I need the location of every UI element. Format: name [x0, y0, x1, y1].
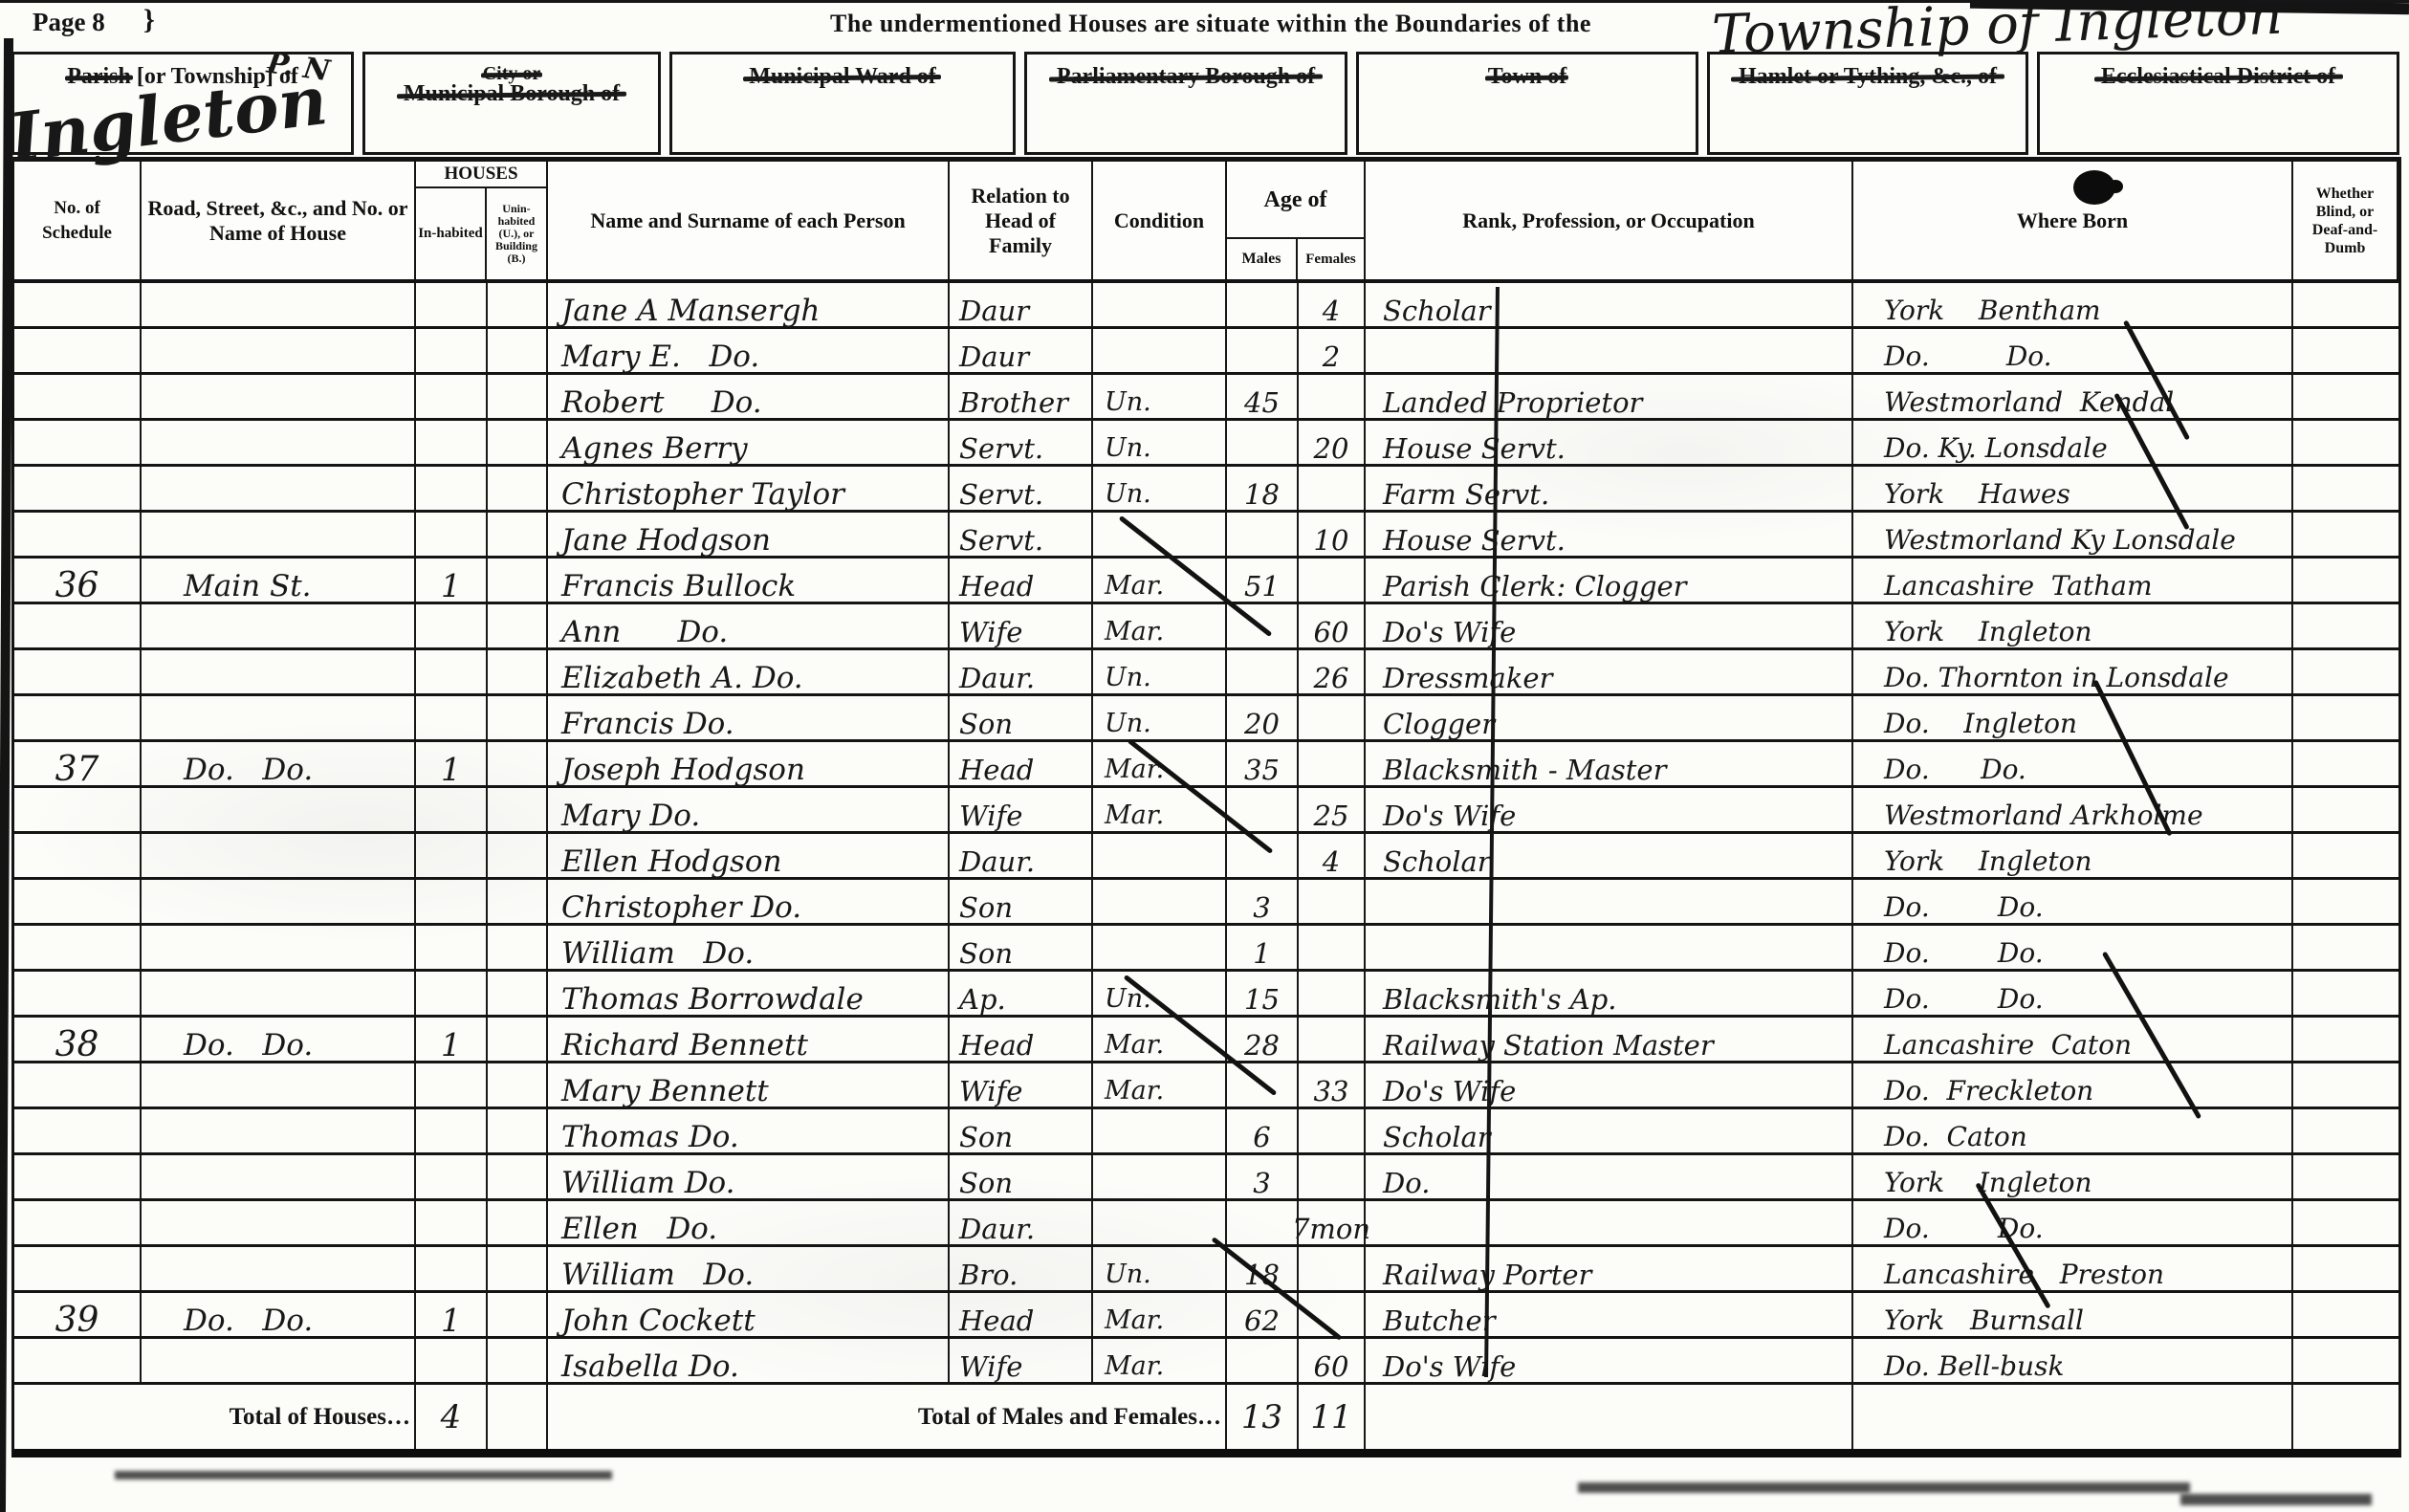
cell-person-name: Christopher Taylor: [548, 467, 950, 510]
cell-inhabited: [416, 329, 488, 372]
cell-occupation: Railway Porter: [1366, 1247, 1853, 1290]
cell-infirmity: [2293, 1155, 2404, 1198]
cell-where-born: Do. Do.: [1853, 742, 2293, 785]
cell-road-street: Do. Do.: [142, 742, 416, 785]
cell-occupation: Do's Wife: [1366, 1339, 1853, 1382]
cell-uninhabited: [488, 1339, 548, 1382]
cell-relation: Son: [950, 696, 1093, 739]
cell-where-born: Westmorland Ky Lonsdale: [1853, 513, 2293, 556]
cell-inhabited: [416, 513, 488, 556]
cell-road-street: [142, 1155, 416, 1198]
cell-condition: Un.: [1093, 421, 1227, 464]
cell-condition: Mar.: [1093, 1293, 1227, 1336]
header-schedule: No. of Schedule: [14, 162, 142, 279]
cell-schedule-number: [14, 513, 142, 556]
cell-inhabited: 1: [416, 1293, 488, 1336]
cell-age-male: [1227, 788, 1299, 831]
cell-relation: Head: [950, 742, 1093, 785]
cell-inhabited: [416, 650, 488, 693]
cell-schedule-number: [14, 604, 142, 647]
cell-infirmity: [2293, 604, 2404, 647]
cell-condition: Mar.: [1093, 604, 1227, 647]
cell-infirmity: [2293, 742, 2404, 785]
cell-infirmity: [2293, 1201, 2404, 1244]
cell-occupation: Do's Wife: [1366, 604, 1853, 647]
cell-infirmity: [2293, 1247, 2404, 1290]
cell-occupation: Do.: [1366, 1155, 1853, 1198]
cell-road-street: Main St.: [142, 559, 416, 602]
cell-age-female: [1299, 972, 1366, 1015]
cell-where-born: York Bentham: [1853, 283, 2293, 326]
cell-inhabited: [416, 467, 488, 510]
cell-inhabited: [416, 283, 488, 326]
cell-age-male: 3: [1227, 1155, 1299, 1198]
cell-uninhabited: [488, 1155, 548, 1198]
cell-occupation: [1366, 329, 1853, 372]
municipal-borough-label-struck: Municipal Borough of: [404, 81, 620, 107]
table-row: Ann Do. Wife Mar. 60 Do's Wife York Ingl…: [14, 604, 2398, 650]
cell-age-male: 62: [1227, 1293, 1299, 1336]
cell-condition: [1093, 926, 1227, 969]
cell-relation: Daur: [950, 283, 1093, 326]
cell-infirmity: [2293, 375, 2404, 418]
totals-spacer-4: [2293, 1385, 2404, 1449]
cell-where-born: York Ingleton: [1853, 604, 2293, 647]
cell-inhabited: [416, 604, 488, 647]
cell-where-born: Do. Bell-busk: [1853, 1339, 2293, 1382]
cell-uninhabited: [488, 696, 548, 739]
cell-condition: Un.: [1093, 650, 1227, 693]
cell-infirmity: [2293, 650, 2404, 693]
cell-condition: Mar.: [1093, 788, 1227, 831]
cell-uninhabited: [488, 880, 548, 923]
cell-relation: Wife: [950, 788, 1093, 831]
cell-person-name: Isabella Do.: [548, 1339, 950, 1382]
cell-schedule-number: [14, 834, 142, 877]
cell-person-name: Thomas Borrowdale: [548, 972, 950, 1015]
cell-road-street: [142, 926, 416, 969]
cell-road-street: [142, 329, 416, 372]
cell-age-male: 35: [1227, 742, 1299, 785]
cell-inhabited: [416, 1247, 488, 1290]
cell-relation: Daur.: [950, 1201, 1093, 1244]
cell-age-male: [1227, 283, 1299, 326]
cell-person-name: Ann Do.: [548, 604, 950, 647]
cell-inhabited: [416, 880, 488, 923]
census-sheet: Page 8 } The undermentioned Houses are s…: [0, 0, 2409, 1512]
cell-infirmity: [2293, 467, 2404, 510]
cell-schedule-number: [14, 788, 142, 831]
cell-person-name: Francis Do.: [548, 696, 950, 739]
parliamentary-borough-label-struck: Parliamentary Borough of: [1057, 64, 1315, 90]
cell-relation: Son: [950, 880, 1093, 923]
cell-road-street: [142, 604, 416, 647]
table-row: Christopher Taylor Servt. Un. 18 Farm Se…: [14, 467, 2398, 513]
cell-uninhabited: [488, 650, 548, 693]
cell-age-female: 60: [1299, 604, 1366, 647]
cell-inhabited: [416, 375, 488, 418]
cell-uninhabited: [488, 1063, 548, 1107]
cell-road-street: [142, 880, 416, 923]
header-houses: HOUSES: [416, 162, 546, 188]
table-row: Thomas Do. Son 6 Scholar Do. Caton: [14, 1109, 2398, 1155]
page-brace: }: [143, 4, 155, 36]
cell-uninhabited: [488, 834, 548, 877]
hamlet-label-struck: Hamlet or Tything, &c., of: [1739, 64, 1997, 90]
table-row: Francis Do. Son Un. 20 Clogger Do. Ingle…: [14, 696, 2398, 742]
scan-smudge: [2180, 1494, 2372, 1505]
cell-age-female: [1299, 1155, 1366, 1198]
cell-infirmity: [2293, 696, 2404, 739]
total-houses-value: 4: [416, 1385, 488, 1449]
header-houses-group: HOUSES In-habited Unin-habited (U.), or …: [416, 162, 548, 279]
cell-uninhabited: [488, 421, 548, 464]
cell-relation: Ap.: [950, 972, 1093, 1015]
table-header: No. of Schedule Road, Street, &c., and N…: [11, 157, 2401, 283]
cell-schedule-number: [14, 1247, 142, 1290]
cell-person-name: Richard Bennett: [548, 1018, 950, 1061]
cell-where-born: York Hawes: [1853, 467, 2293, 510]
cell-relation: Brother: [950, 375, 1093, 418]
cell-uninhabited: [488, 604, 548, 647]
cell-age-female: [1299, 926, 1366, 969]
cell-condition: Mar.: [1093, 742, 1227, 785]
cell-condition: Un.: [1093, 375, 1227, 418]
header-inhabited: In-habited: [416, 188, 487, 279]
cell-where-born: Do. Do.: [1853, 329, 2293, 372]
cell-relation: Daur: [950, 329, 1093, 372]
district-boxes: Parish [or Township] of Ingleton P. N Ci…: [11, 52, 2399, 155]
cell-age-female: 7mon: [1299, 1201, 1366, 1244]
ecclesiastical-label-struck: Ecclesiastical District of: [2101, 64, 2335, 90]
cell-occupation: Railway Station Master: [1366, 1018, 1853, 1061]
table-row: William Do. Son 1 Do. Do.: [14, 926, 2398, 972]
parish-box: Parish [or Township] of Ingleton P. N: [11, 52, 354, 155]
cell-where-born: York Burnsall: [1853, 1293, 2293, 1336]
cell-condition: [1093, 880, 1227, 923]
totals-spacer-2: [1366, 1385, 1853, 1449]
cell-uninhabited: [488, 375, 548, 418]
cell-schedule-number: [14, 1063, 142, 1107]
cell-infirmity: [2293, 1018, 2404, 1061]
header-condition: Condition: [1093, 162, 1227, 279]
cell-relation: Wife: [950, 1339, 1093, 1382]
cell-occupation: Dressmaker: [1366, 650, 1853, 693]
table-row: Christopher Do. Son 3 Do. Do.: [14, 880, 2398, 926]
cell-relation: Bro.: [950, 1247, 1093, 1290]
cell-where-born: Do. Caton: [1853, 1109, 2293, 1152]
cell-infirmity: [2293, 513, 2404, 556]
cell-age-female: 10: [1299, 513, 1366, 556]
cell-age-female: [1299, 1018, 1366, 1061]
cell-condition: [1093, 834, 1227, 877]
header-males: Males: [1227, 239, 1298, 279]
cell-schedule-number: [14, 329, 142, 372]
cell-road-street: [142, 283, 416, 326]
table-row: Ellen Do. Daur. 7mon Do. Do.: [14, 1201, 2398, 1247]
cell-uninhabited: [488, 1247, 548, 1290]
cell-occupation: [1366, 926, 1853, 969]
cell-condition: [1093, 1109, 1227, 1152]
cell-condition: Mar.: [1093, 1063, 1227, 1107]
header-relation: Relation to Head of Family: [950, 162, 1093, 279]
cell-age-male: [1227, 513, 1299, 556]
cell-infirmity: [2293, 788, 2404, 831]
cell-occupation: Blacksmith - Master: [1366, 742, 1853, 785]
table-row: Thomas Borrowdale Ap. Un. 15 Blacksmith'…: [14, 972, 2398, 1018]
cell-age-female: 26: [1299, 650, 1366, 693]
cell-occupation: Scholar: [1366, 283, 1853, 326]
town-box: Town of: [1356, 52, 1698, 155]
ecclesiastical-district-box: Ecclesiastical District of: [2037, 52, 2399, 155]
cell-road-street: Do. Do.: [142, 1018, 416, 1061]
cell-schedule-number: 38: [14, 1018, 142, 1061]
cell-road-street: [142, 788, 416, 831]
cell-occupation: Do's Wife: [1366, 1063, 1853, 1107]
cell-age-female: [1299, 375, 1366, 418]
cell-inhabited: [416, 1201, 488, 1244]
cell-infirmity: [2293, 926, 2404, 969]
cell-infirmity: [2293, 329, 2404, 372]
cell-age-male: [1227, 329, 1299, 372]
cell-inhabited: [416, 1109, 488, 1152]
cell-road-street: [142, 650, 416, 693]
table-row: Isabella Do. Wife Mar. 60 Do's Wife Do. …: [14, 1339, 2398, 1385]
cell-condition: Mar.: [1093, 1339, 1227, 1382]
cell-occupation: Scholar: [1366, 834, 1853, 877]
cell-age-male: 15: [1227, 972, 1299, 1015]
header-age: Age of: [1227, 162, 1364, 237]
cell-age-female: [1299, 1293, 1366, 1336]
cell-person-name: John Cockett: [548, 1293, 950, 1336]
cell-uninhabited: [488, 1109, 548, 1152]
table-row: 37 Do. Do. 1 Joseph Hodgson Head Mar. 35…: [14, 742, 2398, 788]
city-or-label-struck: City or: [483, 64, 541, 83]
cell-person-name: Mary E. Do.: [548, 329, 950, 372]
cell-person-name: Ellen Hodgson: [548, 834, 950, 877]
cell-inhabited: 1: [416, 1018, 488, 1061]
total-females-value: 11: [1299, 1385, 1366, 1449]
cell-road-street: [142, 513, 416, 556]
table-row: Ellen Hodgson Daur. 4 Scholar York Ingle…: [14, 834, 2398, 880]
cell-relation: Head: [950, 559, 1093, 602]
top-strip: Page 8 } The undermentioned Houses are s…: [0, 0, 2409, 50]
cell-occupation: Blacksmith's Ap.: [1366, 972, 1853, 1015]
cell-road-street: [142, 1339, 416, 1382]
cell-schedule-number: [14, 1339, 142, 1382]
cell-road-street: [142, 421, 416, 464]
cell-road-street: [142, 1063, 416, 1107]
cell-uninhabited: [488, 329, 548, 372]
cell-age-female: 60: [1299, 1339, 1366, 1382]
cell-uninhabited: [488, 1293, 548, 1336]
cell-age-male: [1227, 650, 1299, 693]
cell-condition: Mar.: [1093, 559, 1227, 602]
cell-schedule-number: 39: [14, 1293, 142, 1336]
cell-where-born: Do. Do.: [1853, 972, 2293, 1015]
cell-occupation: Scholar: [1366, 1109, 1853, 1152]
cell-person-name: Mary Do.: [548, 788, 950, 831]
table-row: 36 Main St. 1 Francis Bullock Head Mar. …: [14, 559, 2398, 604]
cell-age-female: [1299, 880, 1366, 923]
cell-uninhabited: [488, 467, 548, 510]
table-row: Mary Bennett Wife Mar. 33 Do's Wife Do. …: [14, 1063, 2398, 1109]
cell-condition: [1093, 1155, 1227, 1198]
table-row: Jane A Mansergh Daur 4 Scholar York Bent…: [14, 283, 2398, 329]
municipal-ward-label-struck: Municipal Ward of: [749, 64, 936, 90]
cell-schedule-number: [14, 1109, 142, 1152]
table-row: Robert Do. Brother Un. 45 Landed Proprie…: [14, 375, 2398, 421]
scan-smudge: [1578, 1482, 2190, 1493]
cell-road-street: [142, 375, 416, 418]
cell-where-born: Lancashire Tatham: [1853, 559, 2293, 602]
cell-infirmity: [2293, 972, 2404, 1015]
cell-age-male: 18: [1227, 1247, 1299, 1290]
cell-person-name: Christopher Do.: [548, 880, 950, 923]
cell-person-name: William Do.: [548, 1247, 950, 1290]
cell-inhabited: [416, 421, 488, 464]
cell-relation: Head: [950, 1018, 1093, 1061]
scan-smudge: [115, 1471, 612, 1479]
cell-age-female: 4: [1299, 834, 1366, 877]
table-row: Jane Hodgson Servt. 10 House Servt. West…: [14, 513, 2398, 559]
cell-where-born: Do. Ingleton: [1853, 696, 2293, 739]
table-row: Mary E. Do. Daur 2 Do. Do.: [14, 329, 2398, 375]
cell-age-female: [1299, 696, 1366, 739]
cell-uninhabited: [488, 513, 548, 556]
municipal-ward-box: Municipal Ward of: [669, 52, 1016, 155]
cell-condition: [1093, 283, 1227, 326]
cell-age-male: 28: [1227, 1018, 1299, 1061]
cell-person-name: Jane A Mansergh: [548, 283, 950, 326]
cell-age-female: [1299, 559, 1366, 602]
cell-condition: Un.: [1093, 972, 1227, 1015]
cell-schedule-number: [14, 696, 142, 739]
parliamentary-borough-box: Parliamentary Borough of: [1024, 52, 1347, 155]
cell-schedule-number: [14, 972, 142, 1015]
cell-schedule-number: [14, 650, 142, 693]
cell-relation: Daur.: [950, 834, 1093, 877]
cell-road-street: Do. Do.: [142, 1293, 416, 1336]
cell-schedule-number: [14, 375, 142, 418]
cell-occupation: Farm Servt.: [1366, 467, 1853, 510]
cell-infirmity: [2293, 559, 2404, 602]
cell-inhabited: 1: [416, 742, 488, 785]
totals-spacer-1: [488, 1385, 548, 1449]
cell-relation: Daur.: [950, 650, 1093, 693]
cell-inhabited: [416, 972, 488, 1015]
total-males-value: 13: [1227, 1385, 1299, 1449]
cell-schedule-number: 37: [14, 742, 142, 785]
cell-road-street: [142, 696, 416, 739]
cell-relation: Servt.: [950, 513, 1093, 556]
cell-relation: Son: [950, 926, 1093, 969]
cell-relation: Servt.: [950, 421, 1093, 464]
cell-age-male: 6: [1227, 1109, 1299, 1152]
cell-age-female: 25: [1299, 788, 1366, 831]
cell-age-male: 3: [1227, 880, 1299, 923]
cell-where-born: Westmorland Kendal: [1853, 375, 2293, 418]
cell-road-street: [142, 467, 416, 510]
table-row: 38 Do. Do. 1 Richard Bennett Head Mar. 2…: [14, 1018, 2398, 1063]
cell-where-born: Do. Thornton in Lonsdale: [1853, 650, 2293, 693]
cell-relation: Son: [950, 1155, 1093, 1198]
cell-inhabited: [416, 1155, 488, 1198]
table-row: William Do. Son 3 Do. York Ingleton: [14, 1155, 2398, 1201]
cell-condition: Un.: [1093, 467, 1227, 510]
cell-infirmity: [2293, 834, 2404, 877]
cell-age-male: [1227, 1339, 1299, 1382]
cell-age-male: [1227, 421, 1299, 464]
cell-age-male: 45: [1227, 375, 1299, 418]
cell-relation: Wife: [950, 604, 1093, 647]
cell-schedule-number: [14, 1155, 142, 1198]
cell-infirmity: [2293, 1109, 2404, 1152]
totals-spacer-3: [1853, 1385, 2293, 1449]
cell-person-name: Ellen Do.: [548, 1201, 950, 1244]
cell-occupation: House Servt.: [1366, 421, 1853, 464]
cell-road-street: [142, 1247, 416, 1290]
cell-road-street: [142, 1109, 416, 1152]
cell-person-name: Joseph Hodgson: [548, 742, 950, 785]
cell-person-name: Thomas Do.: [548, 1109, 950, 1152]
cell-occupation: Clogger: [1366, 696, 1853, 739]
cell-where-born: Westmorland Arkholme: [1853, 788, 2293, 831]
cell-age-male: [1227, 1201, 1299, 1244]
cell-person-name: Mary Bennett: [548, 1063, 950, 1107]
cell-age-male: 20: [1227, 696, 1299, 739]
totals-row: Total of Houses… 4 Total of Males and Fe…: [11, 1385, 2401, 1457]
cell-age-female: [1299, 1247, 1366, 1290]
cell-uninhabited: [488, 559, 548, 602]
cell-occupation: House Servt.: [1366, 513, 1853, 556]
cell-where-born: Do. Ky. Lonsdale: [1853, 421, 2293, 464]
cell-age-male: [1227, 834, 1299, 877]
sheet-title: The undermentioned Houses are situate wi…: [830, 10, 1591, 38]
cell-age-male: [1227, 604, 1299, 647]
cell-where-born: Do. Do.: [1853, 926, 2293, 969]
cell-inhabited: [416, 834, 488, 877]
cell-person-name: Jane Hodgson: [548, 513, 950, 556]
cell-uninhabited: [488, 283, 548, 326]
cell-road-street: [142, 834, 416, 877]
cell-where-born: Lancashire Caton: [1853, 1018, 2293, 1061]
total-houses-label: Total of Houses…: [14, 1385, 416, 1449]
total-males-females-label: Total of Males and Females…: [548, 1385, 1227, 1449]
cell-infirmity: [2293, 283, 2404, 326]
header-where-born: Where Born: [1853, 162, 2293, 279]
cell-uninhabited: [488, 926, 548, 969]
header-infirmity: Whether Blind, or Deaf-and-Dumb: [2293, 162, 2398, 279]
cell-inhabited: [416, 1063, 488, 1107]
header-age-group: Age of Males Females: [1227, 162, 1366, 279]
cell-person-name: William Do.: [548, 926, 950, 969]
cell-inhabited: 1: [416, 559, 488, 602]
cell-infirmity: [2293, 421, 2404, 464]
cell-person-name: Elizabeth A. Do.: [548, 650, 950, 693]
town-label-struck: Town of: [1488, 64, 1566, 90]
cell-uninhabited: [488, 788, 548, 831]
cell-infirmity: [2293, 1339, 2404, 1382]
cell-schedule-number: [14, 283, 142, 326]
cell-schedule-number: [14, 880, 142, 923]
cell-condition: [1093, 513, 1227, 556]
cell-condition: Un.: [1093, 696, 1227, 739]
cell-schedule-number: [14, 926, 142, 969]
hamlet-box: Hamlet or Tything, &c., of: [1707, 52, 2028, 155]
cell-where-born: York Ingleton: [1853, 1155, 2293, 1198]
cell-person-name: Agnes Berry: [548, 421, 950, 464]
